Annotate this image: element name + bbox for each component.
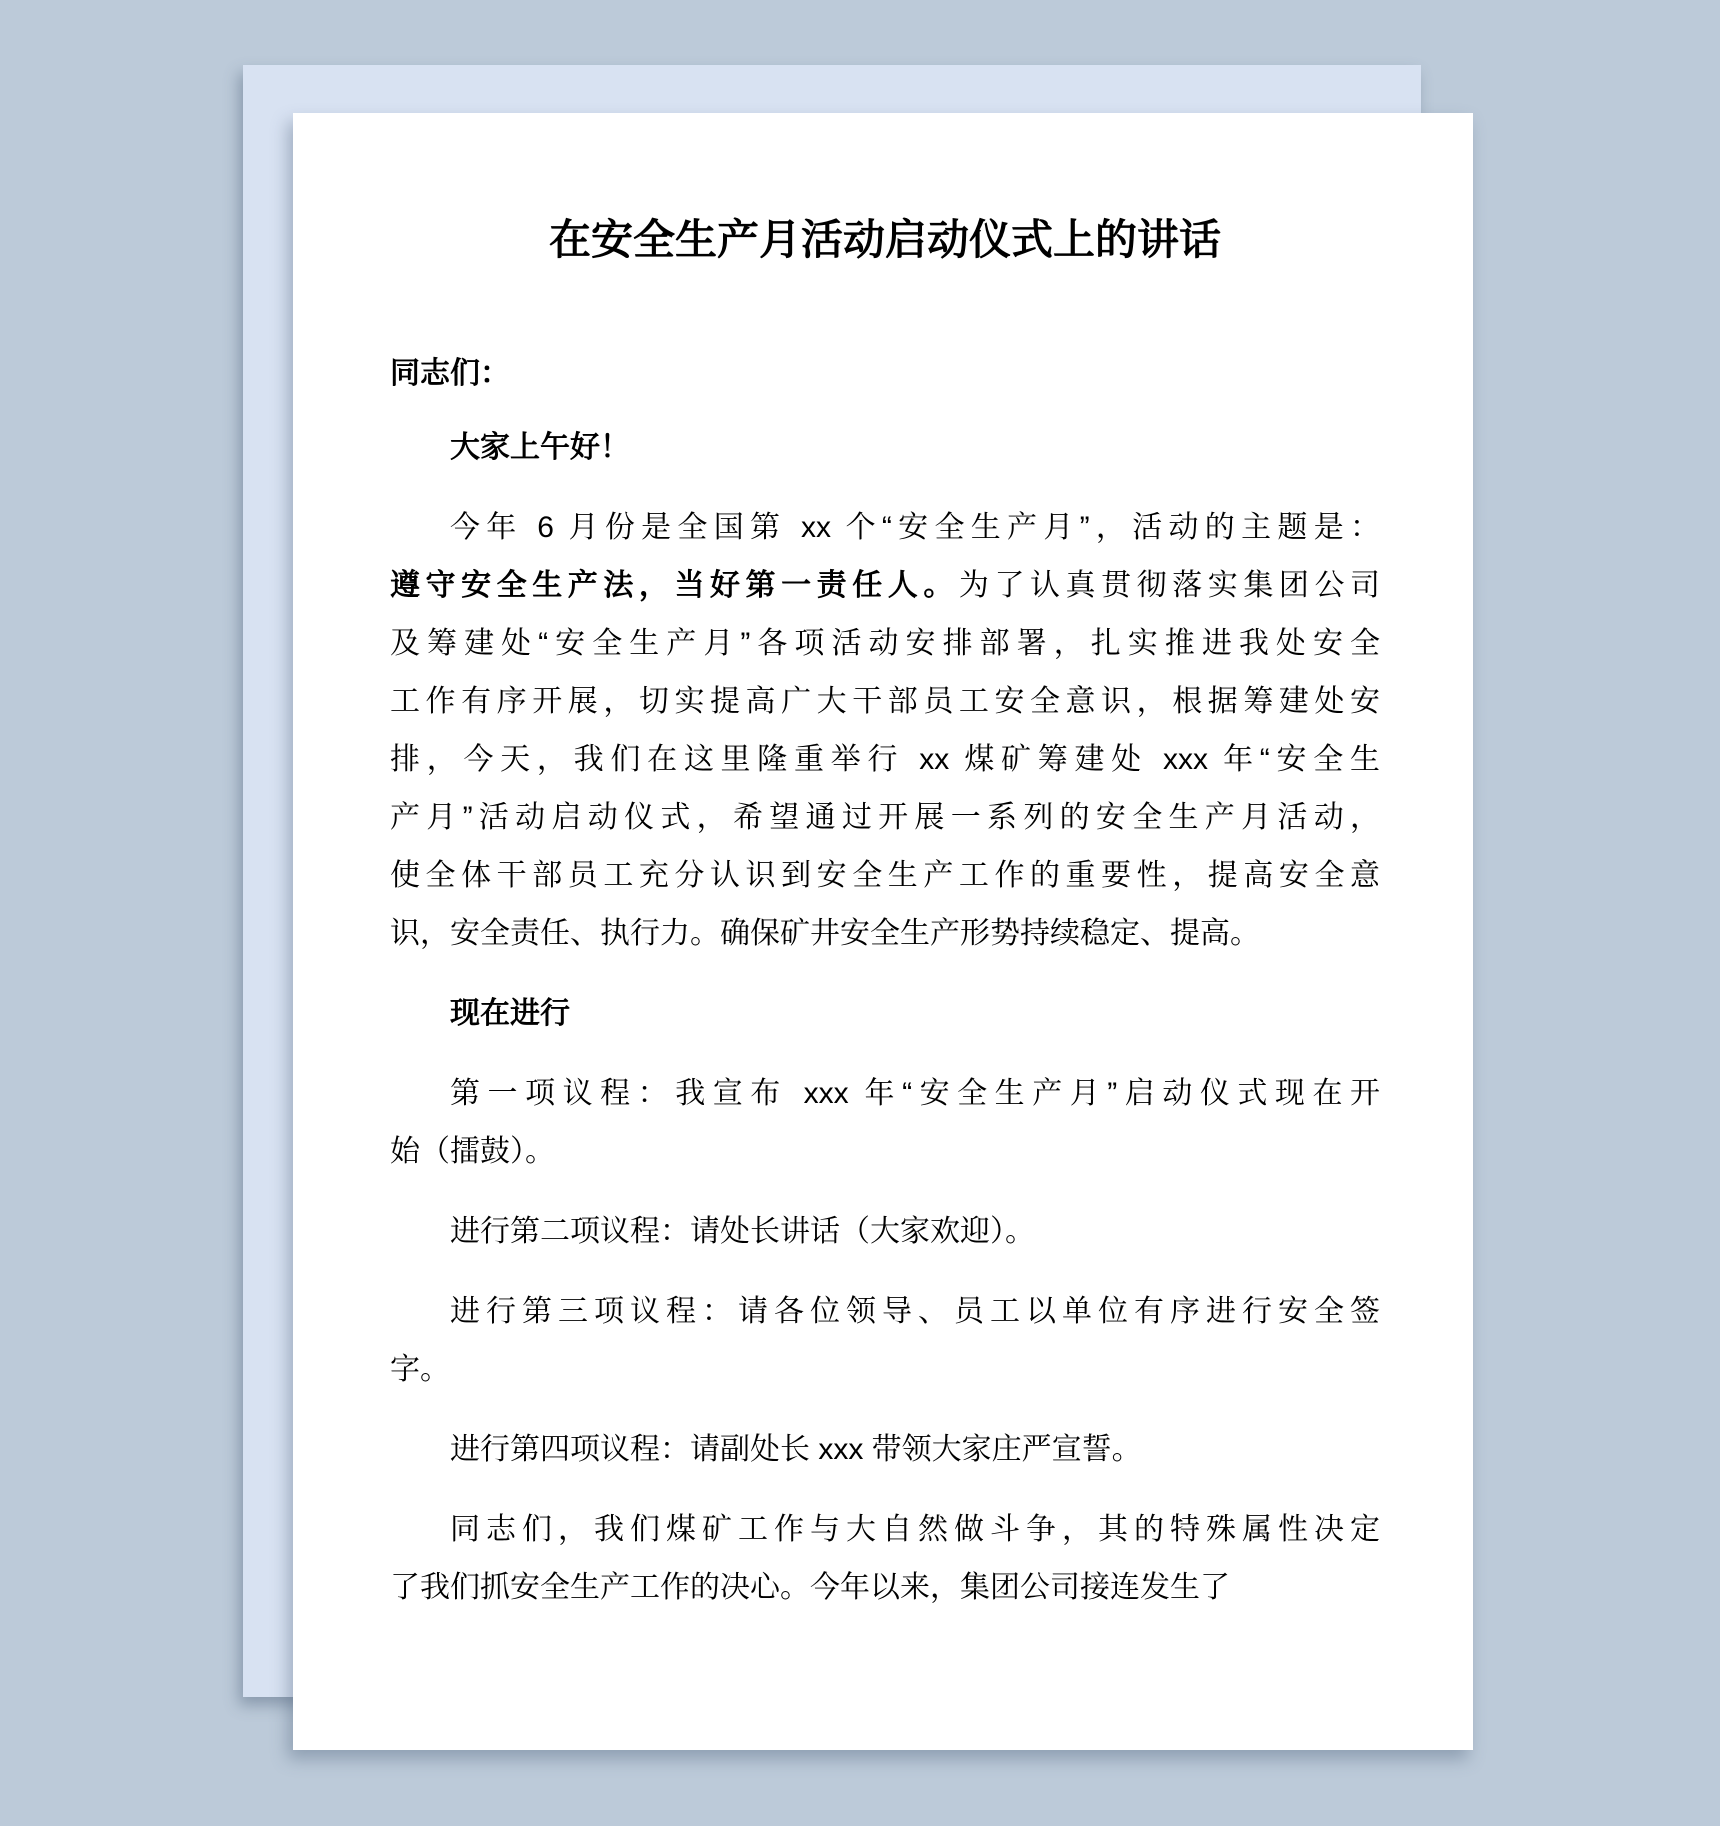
canvas: { "colors": { "background": "#bccad9", "…: [0, 0, 1720, 1826]
text-line: 大家上午好！: [390, 419, 1380, 477]
document-body: 同志们：大家上午好！今年 6 月份是全国第 xx 个“安全生产月”，活动的主题是…: [390, 345, 1380, 1617]
block-closing: 同志们，我们煤矿工作与大自然做斗争，其的特殊属性决定了我们抓安全生产工作的决心。…: [390, 1501, 1380, 1617]
text-line: 同志们：: [390, 345, 1380, 403]
text-line: 进行第二项议程：请处长讲话（大家欢迎）。: [390, 1203, 1380, 1261]
text-line: 字。: [390, 1341, 1380, 1399]
text-line: 使全体干部员工充分认识到安全生产工作的重要性，提高安全意: [390, 847, 1380, 905]
block-greeting: 大家上午好！: [390, 419, 1380, 477]
text-line: 进行第四项议程：请副处长 xxx 带领大家庄严宣誓。: [390, 1421, 1380, 1479]
text-line: 现在进行: [390, 985, 1380, 1043]
text-line: 同志们，我们煤矿工作与大自然做斗争，其的特殊属性决定: [390, 1501, 1380, 1559]
text-line: 产月”活动启动仪式，希望通过开展一系列的安全生产月活动，: [390, 789, 1380, 847]
text-line: 识，安全责任、执行力。确保矿井安全生产形势持续稳定、提高。: [390, 905, 1380, 963]
document-title: 在安全生产月活动启动仪式上的讲话: [390, 213, 1380, 267]
block-heading-now: 现在进行: [390, 985, 1380, 1043]
block-agenda-1: 第一项议程：我宣布 xxx 年“安全生产月”启动仪式现在开始（擂鼓）。: [390, 1065, 1380, 1181]
block-para-theme: 今年 6 月份是全国第 xx 个“安全生产月”，活动的主题是：遵守安全生产法，当…: [390, 499, 1380, 963]
block-agenda-4: 进行第四项议程：请副处长 xxx 带领大家庄严宣誓。: [390, 1421, 1380, 1479]
block-agenda-2: 进行第二项议程：请处长讲话（大家欢迎）。: [390, 1203, 1380, 1261]
block-salutation: 同志们：: [390, 345, 1380, 403]
text-line: 了我们抓安全生产工作的决心。今年以来，集团公司接连发生了: [390, 1559, 1380, 1617]
block-agenda-3: 进行第三项议程：请各位领导、员工以单位有序进行安全签字。: [390, 1283, 1380, 1399]
text-line: 排，今天，我们在这里隆重举行 xx 煤矿筹建处 xxx 年“安全生: [390, 731, 1380, 789]
document-page: 在安全生产月活动启动仪式上的讲话 同志们：大家上午好！今年 6 月份是全国第 x…: [293, 113, 1473, 1750]
text-line: 今年 6 月份是全国第 xx 个“安全生产月”，活动的主题是：: [390, 499, 1380, 557]
text-line: 第一项议程：我宣布 xxx 年“安全生产月”启动仪式现在开: [390, 1065, 1380, 1123]
text-line: 进行第三项议程：请各位领导、员工以单位有序进行安全签: [390, 1283, 1380, 1341]
text-line: 始（擂鼓）。: [390, 1123, 1380, 1181]
text-line: 及筹建处“安全生产月”各项活动安排部署，扎实推进我处安全: [390, 615, 1380, 673]
text-line: 遵守安全生产法，当好第一责任人。为了认真贯彻落实集团公司: [390, 557, 1380, 615]
text-line: 工作有序开展，切实提高广大干部员工安全意识，根据筹建处安: [390, 673, 1380, 731]
